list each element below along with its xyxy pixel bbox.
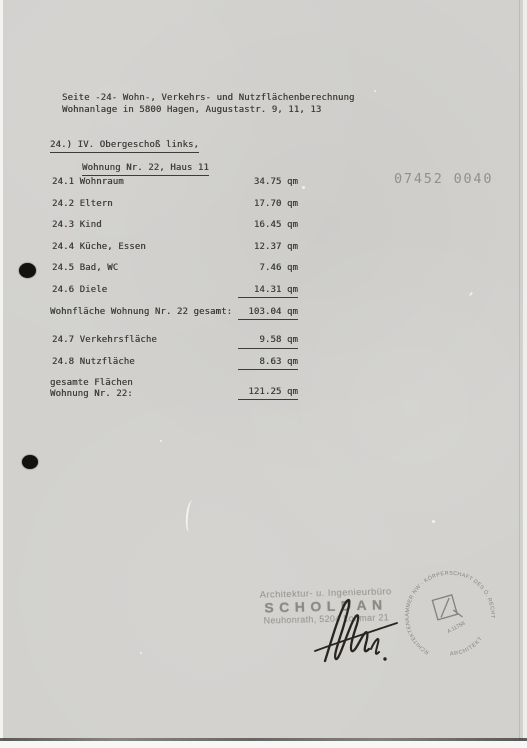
row-label: 24.3 Kind bbox=[50, 220, 102, 232]
paper-speck bbox=[374, 90, 376, 92]
row-value: 9.58 qm bbox=[238, 335, 298, 349]
serial-number-stamp: 07452 0040 bbox=[394, 171, 493, 187]
table-row: Wohnfläche Wohnung Nr. 22 gesamt:103.04 … bbox=[50, 307, 298, 329]
scan-edge-right bbox=[523, 0, 527, 741]
row-label: 24.5 Bad, WC bbox=[50, 263, 118, 275]
section-heading-text: 24.) IV. Obergeschoß links, bbox=[50, 140, 199, 153]
header-line-1: Seite -24- Wohn-, Verkehrs- und Nutzfläc… bbox=[62, 92, 354, 104]
chamber-stamp-ring-top-text: ARCHITEKTENKAMMER NW · KÖRPERSCHAFT DES … bbox=[402, 568, 498, 661]
table-row: 24.6 Diele14.31 qm bbox=[50, 285, 298, 307]
row-value: 17.70 qm bbox=[238, 199, 298, 211]
scan-edge-line bbox=[519, 0, 520, 741]
document-header: Seite -24- Wohn-, Verkehrs- und Nutzfläc… bbox=[62, 92, 354, 116]
table-row: 24.7 Verkehrsfläche9.58 qm bbox=[50, 335, 298, 357]
svg-text:ARCHITEKTENKAMMER NW · KÖRPERS: ARCHITEKTENKAMMER NW · KÖRPERSCHAFT DES … bbox=[402, 568, 498, 661]
table-row: 24.3 Kind16.45 qm bbox=[50, 220, 298, 242]
row-value: 14.31 qm bbox=[238, 285, 298, 299]
row-label: 24.8 Nutzfläche bbox=[50, 357, 135, 369]
table-row: 24.8 Nutzfläche8.63 qm bbox=[50, 357, 298, 379]
hole-punch-bottom bbox=[22, 455, 38, 469]
paper-speck bbox=[432, 520, 435, 523]
section-subheading: Wohnung Nr. 22, Haus 11 bbox=[82, 157, 209, 175]
paper-speck bbox=[302, 186, 305, 189]
signature-dot bbox=[383, 657, 386, 660]
row-label: 24.2 Eltern bbox=[50, 199, 113, 211]
scanned-document-page: Seite -24- Wohn-, Verkehrs- und Nutzfläc… bbox=[0, 0, 527, 748]
chamber-stamp-ring-bottom-text: ARCHITEKT bbox=[448, 634, 487, 661]
table-row: 24.1 Wohnraum34.75 qm bbox=[50, 177, 298, 199]
row-value: 7.46 qm bbox=[238, 263, 298, 275]
chamber-stamp-logo-icon bbox=[429, 591, 464, 628]
row-value: 16.45 qm bbox=[238, 220, 298, 232]
hole-punch-top bbox=[19, 263, 36, 278]
section-subheading-text: Wohnung Nr. 22, Haus 11 bbox=[82, 163, 209, 176]
architect-chamber-stamp: ARCHITEKTENKAMMER NW · KÖRPERSCHAFT DES … bbox=[402, 568, 498, 664]
row-label: 24.1 Wohnraum bbox=[50, 177, 124, 189]
signature bbox=[303, 591, 405, 667]
section-heading: 24.) IV. Obergeschoß links, bbox=[50, 134, 199, 152]
row-label: Wohnfläche Wohnung Nr. 22 gesamt: bbox=[50, 307, 232, 319]
table-row: gesamte FlächenWohnung Nr. 22:121.25 qm bbox=[50, 378, 298, 400]
scan-edge-bottom bbox=[0, 741, 527, 748]
row-value: 8.63 qm bbox=[238, 357, 298, 371]
scan-edge-left bbox=[0, 0, 3, 741]
area-table: 24.1 Wohnraum34.75 qm24.2 Eltern17.70 qm… bbox=[50, 177, 298, 400]
table-row: 24.5 Bad, WC7.46 qm bbox=[50, 263, 298, 285]
row-label: 24.4 Küche, Essen bbox=[50, 242, 146, 254]
row-value: 121.25 qm bbox=[238, 387, 298, 401]
table-row: 24.2 Eltern17.70 qm bbox=[50, 199, 298, 221]
row-label: 24.7 Verkehrsfläche bbox=[50, 335, 157, 347]
row-label: gesamte FlächenWohnung Nr. 22: bbox=[50, 378, 133, 400]
paper-speck bbox=[160, 440, 162, 442]
row-value: 103.04 qm bbox=[238, 307, 298, 321]
row-label: 24.6 Diele bbox=[50, 285, 107, 297]
header-line-2: Wohnanlage in 5800 Hagen, Augustastr. 9,… bbox=[62, 104, 354, 116]
paper-speck bbox=[140, 652, 142, 654]
row-value: 12.37 qm bbox=[238, 242, 298, 254]
chamber-stamp-member-number: A 11758 bbox=[446, 621, 466, 635]
svg-text:ARCHITEKT: ARCHITEKT bbox=[448, 634, 487, 661]
row-value: 34.75 qm bbox=[238, 177, 298, 189]
table-row: 24.4 Küche, Essen12.37 qm bbox=[50, 242, 298, 264]
